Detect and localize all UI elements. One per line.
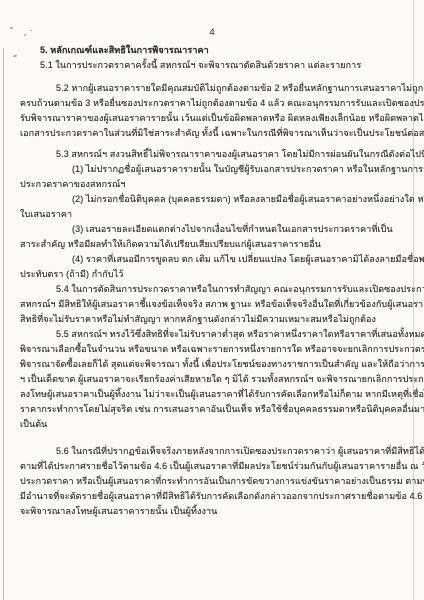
text-line: 5.5 สหกรณ์ฯ ทรงไว้ซึ่งสิทธิที่จะไม่รับรา… [20, 327, 412, 342]
scan-speckle [13, 54, 17, 57]
text-line: เป็นต้น [20, 417, 412, 432]
text-line: (2) ไม่กรอกชื่อนิติบุคคล (บุคคลธรรมดา) ห… [20, 192, 412, 207]
text-line: 5.2 หากผู้เสนอราคารายใดมีคุณสมบัติไม่ถูก… [20, 81, 412, 96]
text-line: 5.1 ในการประกวดราคาครั้งนี้ สหกรณ์ฯ จะพิ… [20, 58, 412, 73]
text-line: ราคากระทำการโดยไม่สุจริต เช่น การเสนอราค… [20, 402, 412, 417]
text-line: สิทธิที่จะไม่รับราคาหรือไม่ทำสัญญา หากหล… [20, 312, 412, 327]
text-line: ประกวดราคา หรือเป็นผู้เสนอราคาที่กระทำกา… [20, 474, 412, 489]
text-line: สาระสำคัญ หรือมีผลทำให้เกิดความได้เปรียบ… [20, 237, 412, 252]
page-number: 4 [0, 26, 424, 39]
scan-edge-left [3, 48, 4, 600]
text-line: 5.4 ในการตัดสินการประกวดราคาหรือในการทำส… [20, 282, 412, 297]
text-line: (4) ราคาที่เสนอมีการขูดลบ ตก เติม แก้ไข … [20, 252, 412, 267]
document-page: 4 5. หลักเกณฑ์และสิทธิในการพิจารณาราคา5.… [0, 0, 424, 600]
text-line: มีอำนาจที่จะตัดรายชื่อผู้เสนอราคาที่มีสิ… [20, 489, 412, 504]
section-heading: 5. หลักเกณฑ์และสิทธิในการพิจารณาราคา [20, 43, 412, 58]
text-line: จะพิจารณาลงโทษผู้เสนอราคารายนั้น เป็นผู้… [20, 504, 412, 519]
text-line: 5.3 สหกรณ์ฯ สงวนสิทธิ์ไม่พิจารณาราคาของผ… [20, 147, 412, 162]
text-line: ครบถ้วนตามข้อ 3 หรือยื่นซองประกวดราคาไม่… [20, 96, 412, 111]
text-line: (3) เสนอรายละเอียดแตกต่างไปจากเงื่อนไขที… [20, 222, 412, 237]
text-line: 5.6 ในกรณีที่ปรากฏข้อเท็จจริงภายหลังจากก… [20, 444, 412, 459]
text-line: ลงโทษผู้เสนอราคาเป็นผู้ทิ้งงาน ไม่ว่าจะเ… [20, 387, 412, 402]
text-line: ประทับตรา (ถ้ามี) กำกับไว้ [20, 267, 412, 282]
text-line: รับพิจารณาราคาของผู้เสนอราคารายนั้น เว้น… [20, 111, 412, 126]
text-line: สหกรณ์ฯ มีสิทธิให้ผู้เสนอราคาชี้แจงข้อเท… [20, 297, 412, 312]
text-line: ใบเสนอราคา [20, 207, 412, 222]
text-line: พิจารณาเลือกซื้อในจำนวน หรือขนาด หรือเฉพ… [20, 342, 412, 357]
text-line: เอกสารประกวดราคาในส่วนที่มิใช่สาระสำคัญ … [20, 126, 412, 141]
text-line: ฯ เป็นเด็ดขาด ผู้เสนอราคาจะเรียกร้องค่าเ… [20, 372, 412, 387]
text-line: ตามที่ได้ประกาศรายชื่อไว้ตามข้อ 4.6 เป็น… [20, 459, 412, 474]
text-line: พิจารณาจัดซื้อเลยก็ได้ สุดแต่จะพิจารณา ท… [20, 357, 412, 372]
doc-lines: 5. หลักเกณฑ์และสิทธิในการพิจารณาราคา5.1 … [20, 43, 412, 519]
text-line: ประกวดราคาของสหกรณ์ฯ [20, 177, 412, 192]
text-line: (1) ไม่ปรากฏชื่อผู้เสนอราคารายนั้น ในบัญ… [20, 162, 412, 177]
